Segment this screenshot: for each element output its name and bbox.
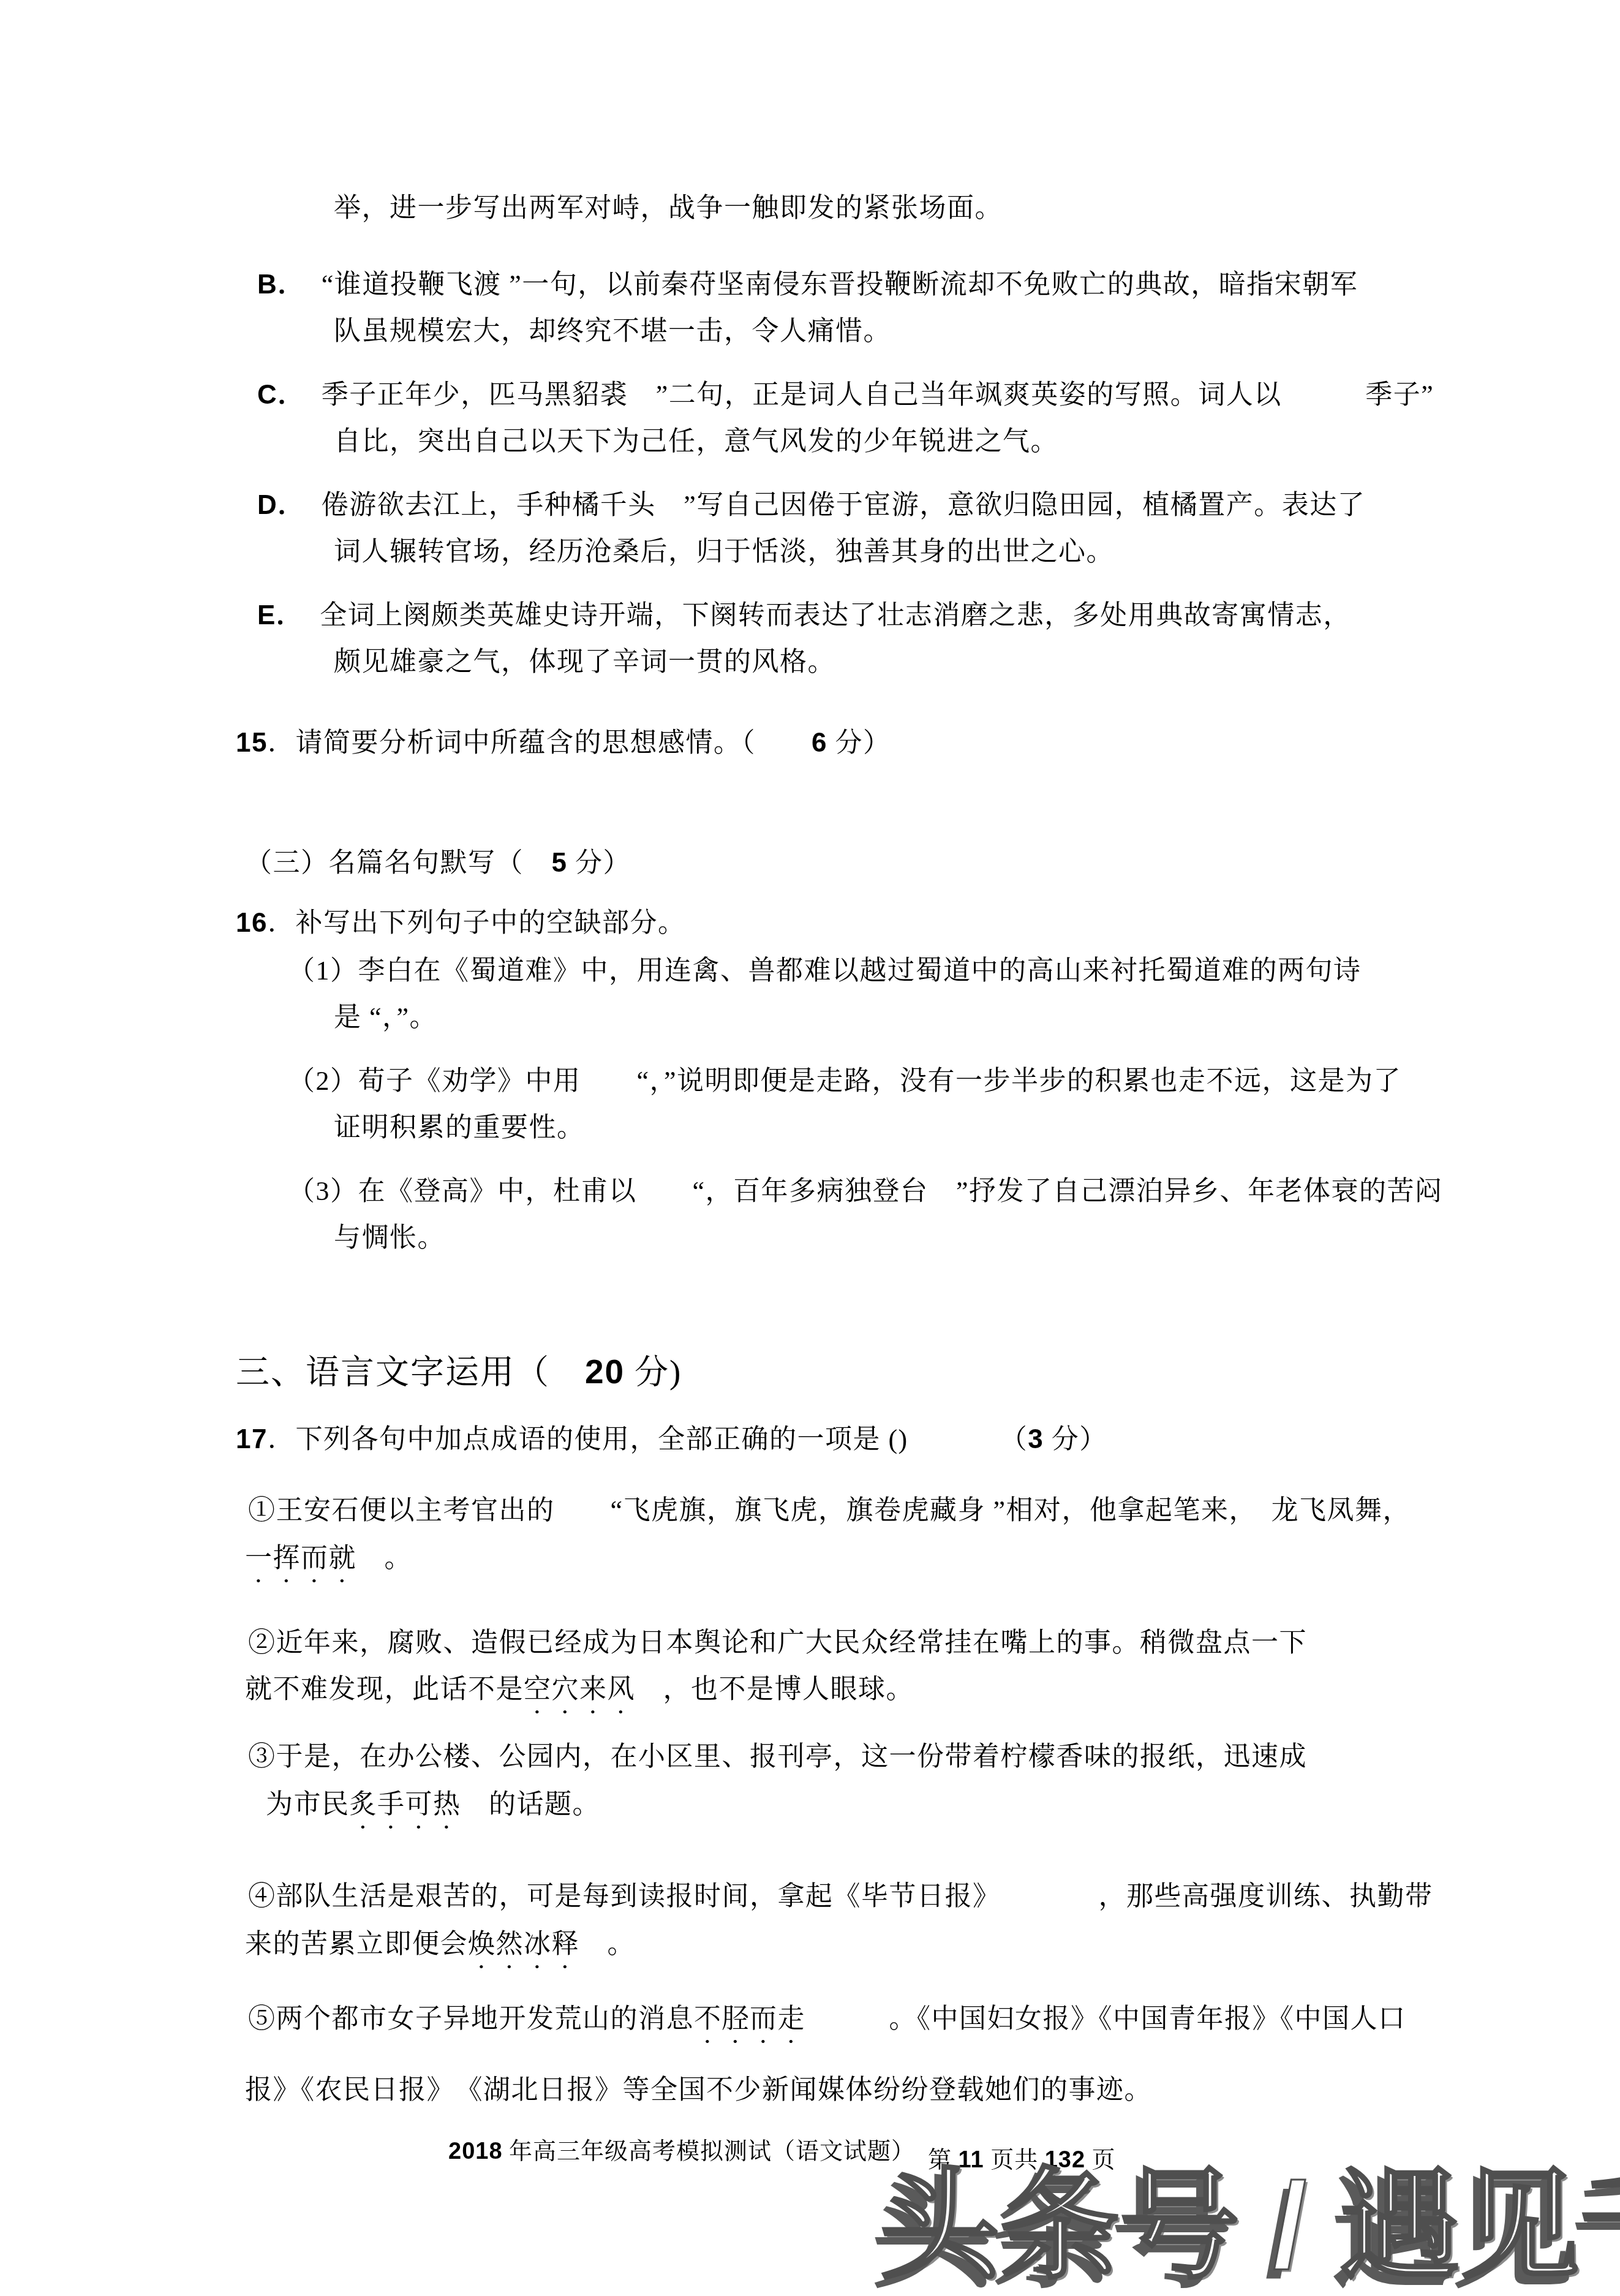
idiom-sentence-5-pre: ⑤两个都市女子异地开发荒山的消息 bbox=[248, 2004, 694, 2034]
footer-year: 2018 bbox=[448, 2139, 503, 2164]
option-e-line1: E．全词上阕颇类英雄史诗开端，下阕转而表达了壮志消磨之悲，多处用典故寄寓情志， bbox=[257, 599, 1351, 632]
fill-item-2-line1: （2）荀子《劝学》中用 “，”说明即便是走路，没有一步半步的积累也走不远，这是为… bbox=[288, 1064, 1401, 1098]
fill-item-3-line1: （3）在《登高》中，杜甫以 “，百年多病独登台 ”抒发了自己漂泊异乡、年老体衰的… bbox=[288, 1174, 1443, 1208]
idiom-emphasis-huanranbingshi: 焕然冰释 bbox=[468, 1929, 579, 1959]
idiom-sentence-3-pre: 为市民 bbox=[266, 1789, 350, 1819]
idiom-sentence-2-tail: ，也不是博人眼球。 bbox=[635, 1674, 914, 1704]
idiom-sentence-1-line1: ①王安石便以主考官出的 “飞虎旗，旗飞虎，旗卷虎藏身 ”相对，他拿起笔来， 龙飞… bbox=[248, 1494, 1411, 1527]
idiom-sentence-3-tail: 的话题。 bbox=[461, 1789, 601, 1819]
question-17: 17．下列各句中加点成语的使用，全部正确的一项是 ()（3 分） bbox=[236, 1422, 1107, 1456]
idiom-sentence-4-pre: 来的苦累立即便会 bbox=[245, 1929, 468, 1959]
option-d-line2: 词人辗转官场，经历沧桑后，归于恬淡，独善其身的出世之心。 bbox=[334, 535, 1114, 568]
section-3-score-tail: 分） bbox=[567, 848, 631, 878]
question-17-score: 3 bbox=[1028, 1424, 1044, 1454]
question-15-score: 6 bbox=[812, 728, 827, 758]
idiom-sentence-2-pre: 就不难发现，此话不是 bbox=[245, 1674, 524, 1704]
option-c-text: 季子正年少，匹马黑貂裘 ”二句，正是词人自己当年飒爽英姿的写照。词人以 季子” bbox=[322, 380, 1434, 410]
part-3-score: 20 bbox=[585, 1353, 625, 1391]
section-3-score: 5 bbox=[552, 848, 568, 878]
idiom-sentence-2-line1: ②近年来，腐败、造假已经成为日本舆论和广大民众经常挂在嘴上的事。稍微盘点一下 bbox=[248, 1626, 1307, 1660]
section-3-title: （三）名篇名句默写（ bbox=[245, 848, 552, 878]
option-b-line2: 队虽规模宏大，却终究不堪一击，令人痛惜。 bbox=[334, 314, 891, 348]
idiom-sentence-3-line1: ③于是，在办公楼、公园内，在小区里、报刊亭，这一份带着柠檬香味的报纸，迅速成 bbox=[248, 1740, 1307, 1773]
idiom-sentence-2-line2: 就不难发现，此话不是空穴来风 ，也不是博人眼球。 bbox=[245, 1672, 914, 1720]
idiom-emphasis-yihuierjiu: 一挥而就 bbox=[245, 1543, 356, 1573]
idiom-emphasis-kongxuelaifeng: 空穴来风 bbox=[524, 1674, 635, 1704]
option-e-label: E． bbox=[257, 600, 304, 630]
part-3-score-tail: 分) bbox=[625, 1353, 682, 1391]
option-a-tail: 举，进一步写出两军对峙，战争一触即发的紧张场面。 bbox=[334, 191, 1003, 225]
question-16: 16．补写出下列句子中的空缺部分。 bbox=[236, 906, 685, 940]
question-17-text: ．下列各句中加点成语的使用，全部正确的一项是 () bbox=[268, 1424, 908, 1454]
fill-item-1-line2: 是 “，”。 bbox=[334, 1000, 437, 1034]
idiom-sentence-5-line1: ⑤两个都市女子异地开发荒山的消息不胫而走 。《中国妇女报》《中国青年报》《中国人… bbox=[248, 2002, 1406, 2049]
question-15: 15．请简要分析词中所蕴含的思想感情。（ 6 分） bbox=[236, 726, 891, 760]
option-c-label: C． bbox=[257, 380, 306, 410]
idiom-sentence-3-line2: 为市民炙手可热 的话题。 bbox=[266, 1788, 600, 1835]
question-16-text: ．补写出下列句子中的空缺部分。 bbox=[268, 908, 686, 938]
option-d-label: D． bbox=[257, 490, 306, 520]
exam-paper-page: 举，进一步写出两军对峙，战争一触即发的紧张场面。 B．“谁道投鞭飞渡 ”一句，以… bbox=[0, 0, 1620, 2296]
idiom-emphasis-bujingerzou: 不胫而走 bbox=[694, 2004, 805, 2034]
idiom-sentence-1-line2: 一挥而就 。 bbox=[245, 1541, 412, 1588]
fill-item-1-line1: （1）李白在《蜀道难》中，用连禽、兽都难以越过蜀道中的高山来衬托蜀道难的两句诗 bbox=[288, 954, 1362, 988]
option-b-line1: B．“谁道投鞭飞渡 ”一句，以前秦苻坚南侵东晋投鞭断流却不免败亡的典故，暗指宋朝… bbox=[257, 268, 1358, 301]
option-e-line2: 颇见雄豪之气，体现了辛词一贯的风格。 bbox=[334, 645, 835, 679]
idiom-sentence-5-line2: 报》《农民日报》 《湖北日报》等全国不少新闻媒体纷纷登载她们的事迹。 bbox=[245, 2073, 1152, 2107]
question-17-number: 17 bbox=[236, 1424, 268, 1454]
idiom-emphasis-zhishoukere: 炙手可热 bbox=[350, 1789, 461, 1819]
option-e-text: 全词上阕颇类英雄史诗开端，下阕转而表达了壮志消磨之悲，多处用典故寄寓情志， bbox=[320, 600, 1351, 630]
idiom-sentence-1-tail: 。 bbox=[356, 1543, 412, 1573]
question-15-score-tail: 分） bbox=[827, 728, 891, 758]
footer-title-text: 年高三年级高考模拟测试（语文试题） bbox=[503, 2139, 916, 2164]
option-b-text: “谁道投鞭飞渡 ”一句，以前秦苻坚南侵东晋投鞭断流却不免败亡的典故，暗指宋朝军 bbox=[322, 270, 1358, 300]
option-d-line1: D．倦游欲去江上，手种橘千头 ”写自己因倦于宦游，意欲归隐田园，植橘置产。表达了 bbox=[257, 488, 1365, 522]
question-15-number: 15 bbox=[236, 728, 268, 758]
option-b-label: B． bbox=[257, 270, 306, 300]
question-15-text: ．请简要分析词中所蕴含的思想感情。（ bbox=[268, 728, 812, 758]
idiom-sentence-4-line2: 来的苦累立即便会焕然冰释 。 bbox=[245, 1927, 635, 1974]
footer-exam-title: 2018 年高三年级高考模拟测试（语文试题） bbox=[448, 2132, 915, 2166]
idiom-sentence-4-tail: 。 bbox=[579, 1929, 635, 1959]
idiom-sentence-4-line1: ④部队生活是艰苦的，可是每到读报时间，拿起《毕节日报》 ，那些高强度训练、执勤带 bbox=[248, 1879, 1433, 1913]
option-c-line1: C．季子正年少，匹马黑貂裘 ”二句，正是词人自己当年飒爽英姿的写照。词人以 季子… bbox=[257, 378, 1434, 412]
question-16-number: 16 bbox=[236, 908, 268, 938]
toutiao-watermark: 头条号 / 遇见千育 bbox=[880, 2166, 1620, 2286]
part-3-heading: 三、语言文字运用（ 20 分) bbox=[236, 1351, 682, 1394]
option-d-text: 倦游欲去江上，手种橘千头 ”写自己因倦于宦游，意欲归隐田园，植橘置产。表达了 bbox=[322, 490, 1366, 520]
fill-item-2-line2: 证明积累的重要性。 bbox=[334, 1111, 585, 1144]
section-3-heading: （三）名篇名句默写（ 5 分） bbox=[245, 846, 631, 880]
idiom-sentence-5-tail: 。《中国妇女报》《中国青年报》《中国人口 bbox=[805, 2004, 1406, 2034]
option-c-line2: 自比，突出自己以天下为己任，意气风发的少年锐进之气。 bbox=[334, 425, 1058, 458]
part-3-title: 三、语言文字运用（ bbox=[236, 1353, 585, 1391]
question-17-paren: （ bbox=[1000, 1424, 1028, 1454]
question-17-score-tail: 分） bbox=[1044, 1424, 1107, 1454]
fill-item-3-line2: 与惆怅。 bbox=[334, 1221, 445, 1255]
